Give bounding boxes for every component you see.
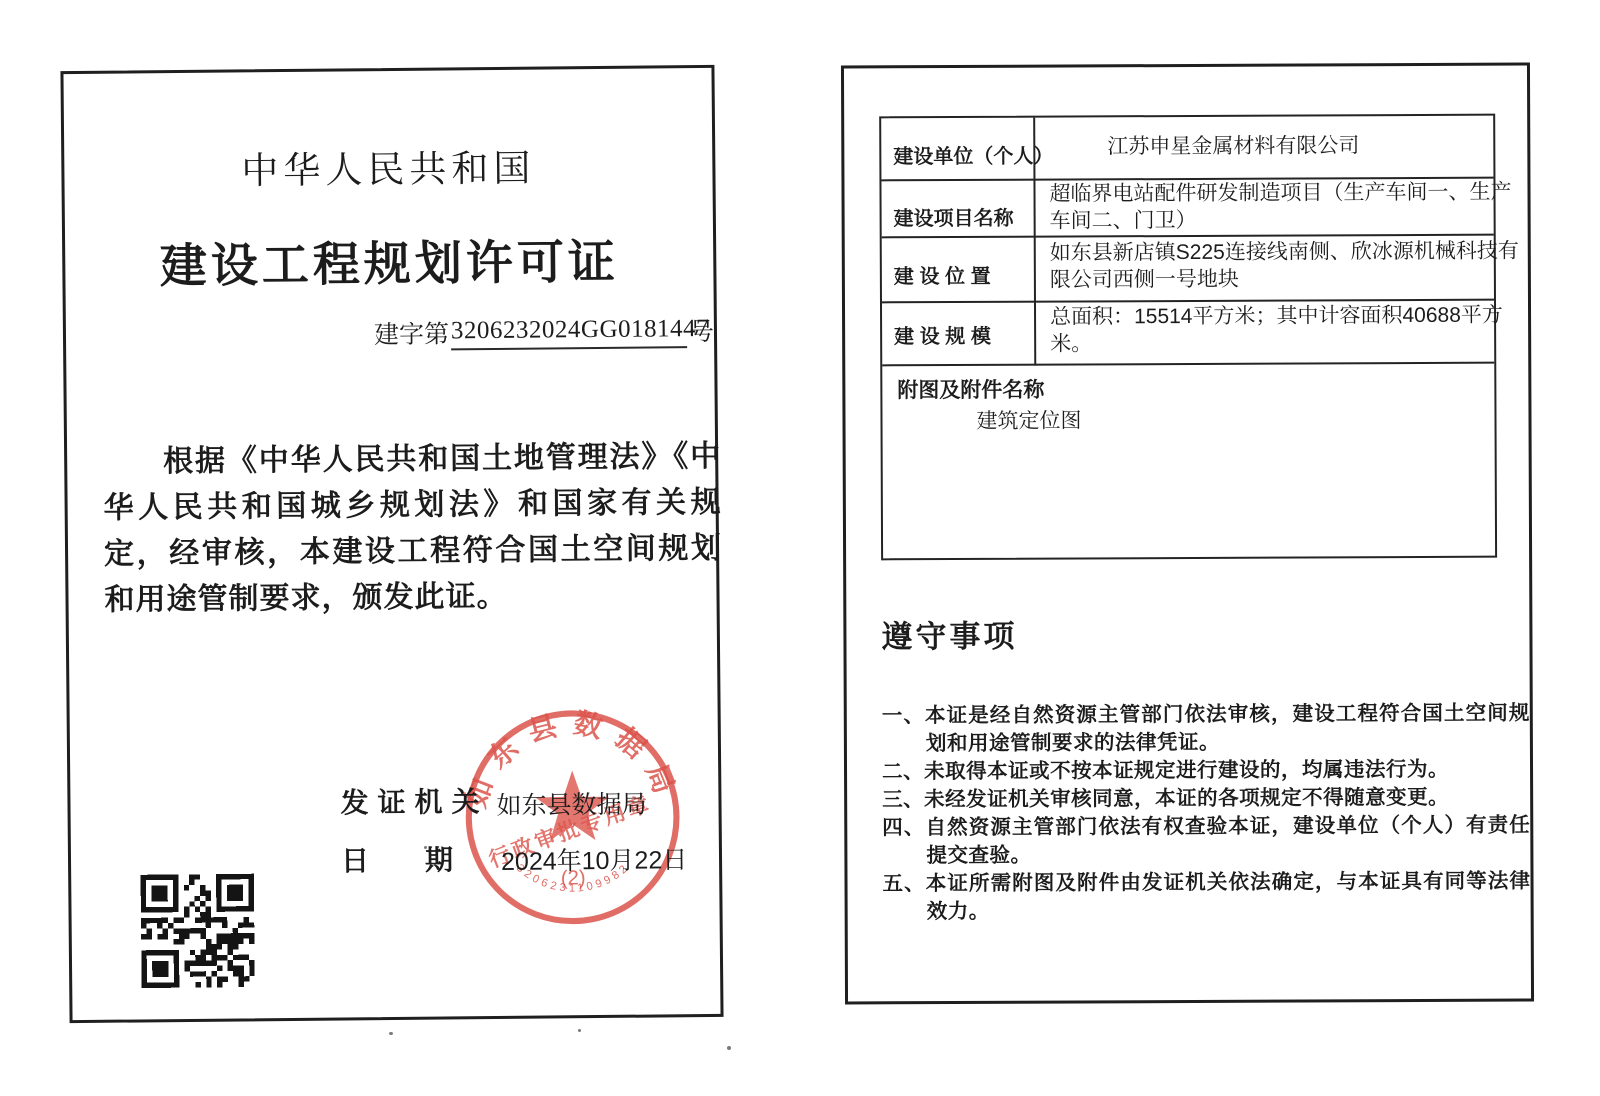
table-value-project: 超临界电站配件研发制造项目（生产车间一、生产车间二、门卫）	[1049, 179, 1521, 235]
table-divider	[882, 362, 1494, 367]
notice-item: 四、自然资源主管部门依法有权查验本证，建设单位（个人）有责任提交查验。	[882, 812, 1530, 871]
notice-item: 五、本证所需附图及附件由发证机关依法确定，与本证具有同等法律效力。	[882, 868, 1530, 927]
serial-prefix: 建字第	[374, 320, 449, 349]
table-label-location: 建 设 位 置	[894, 260, 1036, 290]
serial-number: 3206232024GG0181447	[451, 315, 709, 345]
notice-item: 一、本证是经自然资源主管部门依法审核，建设工程符合国土空间规划和用途管制要求的法…	[882, 700, 1530, 759]
notice-list: 一、本证是经自然资源主管部门依法审核，建设工程符合国土空间规划和用途管制要求的法…	[882, 700, 1531, 927]
table-value-scale: 总面积：15514平方米；其中计容面积40688平方米。	[1050, 302, 1522, 358]
date-value: 2024年10月22日	[501, 840, 688, 878]
certificate-statement: 根据《中华人民共和国土地管理法》《中华人民共和国城乡规划法》和国家有关规定，经审…	[103, 434, 723, 624]
scan-speck	[727, 1046, 731, 1050]
serial-underline: 3206232024GG0181447	[451, 317, 687, 350]
issuer-label: 发证机关	[340, 780, 488, 821]
certificate-title: 建设工程规划许可证	[65, 224, 714, 297]
country-title: 中华人民共和国	[64, 136, 712, 196]
serial-row: 建字第3206232024GG0181447号	[374, 312, 714, 351]
scan-speck	[578, 1029, 581, 1032]
table-value-owner: 江苏申星金属材料有限公司	[1049, 131, 1579, 160]
scan-speck	[424, 846, 427, 849]
right-page: 建设单位（个人） 建设项目名称 建 设 位 置 建 设 规 模 江苏申星金属材料…	[841, 63, 1534, 1005]
table-value-location: 如东县新店镇S225连接线南侧、欣冰源机械科技有限公司西侧一号地块	[1050, 238, 1522, 294]
notice-item: 三、未经发证机关审核同意，本证的各项规定不得随意变更。	[882, 784, 1530, 815]
attachment-label: 附图及附件名称	[897, 374, 1044, 405]
attachment-value: 建筑定位图	[976, 404, 1081, 434]
table-label-owner: 建设单位（个人）	[893, 140, 1035, 170]
notice-item: 二、未取得本证或不按本证规定进行建设的，均属违法行为。	[882, 756, 1530, 787]
table-label-project: 建设项目名称	[894, 202, 1036, 232]
project-info-table: 建设单位（个人） 建设项目名称 建 设 位 置 建 设 规 模 江苏申星金属材料…	[879, 114, 1497, 561]
qr-code-icon	[135, 868, 260, 993]
left-page: 中华人民共和国 建设工程规划许可证 建字第3206232024GG0181447…	[60, 65, 723, 1023]
date-label: 日 期	[341, 838, 453, 879]
notice-heading: 遵守事项	[881, 611, 1017, 657]
table-label-scale: 建 设 规 模	[894, 320, 1036, 350]
issuer-value: 如东县数据局	[496, 785, 646, 822]
scan-speck	[389, 1032, 393, 1035]
